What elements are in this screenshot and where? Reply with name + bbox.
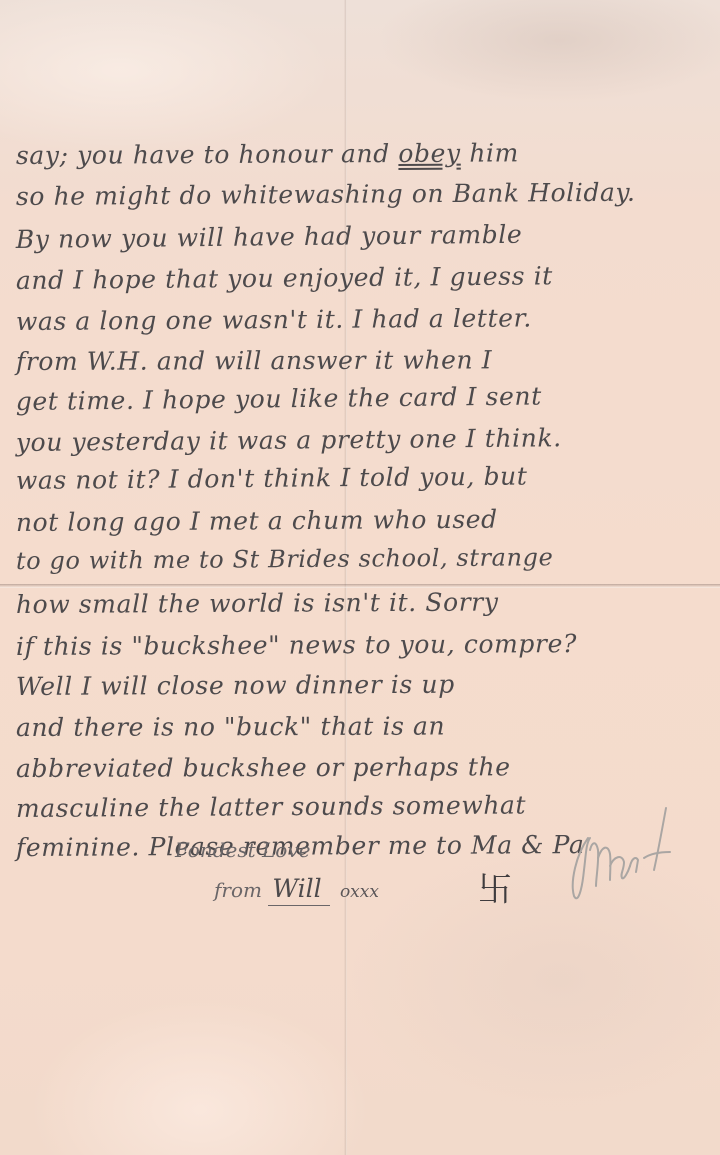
from-label: from — [214, 878, 262, 902]
signature-name: Will — [268, 874, 329, 906]
line-text: him — [461, 138, 519, 167]
letter-line-13: if this is "buckshee" news to you, compr… — [16, 629, 577, 661]
line-text: say; you have to honour and — [16, 139, 399, 170]
letter-line-2: so he might do whitewashing on Bank Holi… — [16, 178, 636, 211]
line-text: Well I will close now dinner is up — [16, 670, 455, 701]
letter-line-7: get time. I hope you like the card I sen… — [16, 381, 542, 416]
letter-line-17: masculine the latter sounds somewhat — [16, 790, 526, 823]
line-text: you yesterday it was a pretty one I thin… — [16, 423, 562, 457]
line-text: masculine the latter sounds somewhat — [16, 790, 526, 823]
line-text: By now you will have had your ramble — [16, 220, 523, 254]
line-text: so he might do whitewashing on Bank Holi… — [16, 178, 636, 211]
letter-line-11: to go with me to St Brides school, stran… — [16, 543, 554, 575]
letter-line-16: abbreviated buckshee or perhaps the — [16, 752, 511, 783]
vertical-fold-crease — [344, 0, 347, 1155]
closing-salutation: Fondest Love — [175, 838, 310, 862]
letter-line-3: By now you will have had your ramble — [16, 220, 523, 254]
line-text: was not it? I don't think I told you, bu… — [16, 462, 528, 495]
letter-line-14: Well I will close now dinner is up — [16, 670, 455, 701]
letter-page: say; you have to honour and obey him so … — [0, 0, 720, 1155]
line-text: get time. I hope you like the card I sen… — [16, 381, 542, 416]
drawn-symbol: 卐 — [478, 862, 512, 911]
line-text: abbreviated buckshee or perhaps the — [16, 752, 511, 783]
line-text: if this is "buckshee" news to you, compr… — [16, 629, 577, 661]
pencil-annotation-icon — [566, 800, 686, 910]
line-text: and I hope that you enjoyed it, I guess … — [16, 261, 553, 295]
letter-line-12: how small the world is isn't it. Sorry — [16, 587, 499, 619]
letter-line-4: and I hope that you enjoyed it, I guess … — [16, 261, 553, 295]
letter-line-8: you yesterday it was a pretty one I thin… — [16, 423, 562, 457]
kisses: oxxx — [340, 882, 379, 902]
line-text: not long ago I met a chum who used — [16, 505, 498, 537]
signature-block: from Will oxxx — [214, 874, 379, 903]
letter-line-5: was a long one wasn't it. I had a letter… — [16, 303, 532, 336]
underlined-word: obey — [398, 139, 461, 168]
line-text: to go with me to St Brides school, stran… — [16, 543, 554, 575]
line-text: and there is no "buck" that is an — [16, 712, 445, 742]
letter-line-9: was not it? I don't think I told you, bu… — [16, 462, 528, 495]
letter-line-15: and there is no "buck" that is an — [16, 712, 445, 742]
letter-line-10: not long ago I met a chum who used — [16, 505, 498, 537]
letter-line-6: from W.H. and will answer it when I — [16, 345, 492, 376]
line-text: how small the world is isn't it. Sorry — [16, 587, 499, 619]
letter-line-1: say; you have to honour and obey him — [16, 138, 519, 170]
line-text: from W.H. and will answer it when I — [16, 345, 492, 376]
line-text: was a long one wasn't it. I had a letter… — [16, 303, 532, 336]
